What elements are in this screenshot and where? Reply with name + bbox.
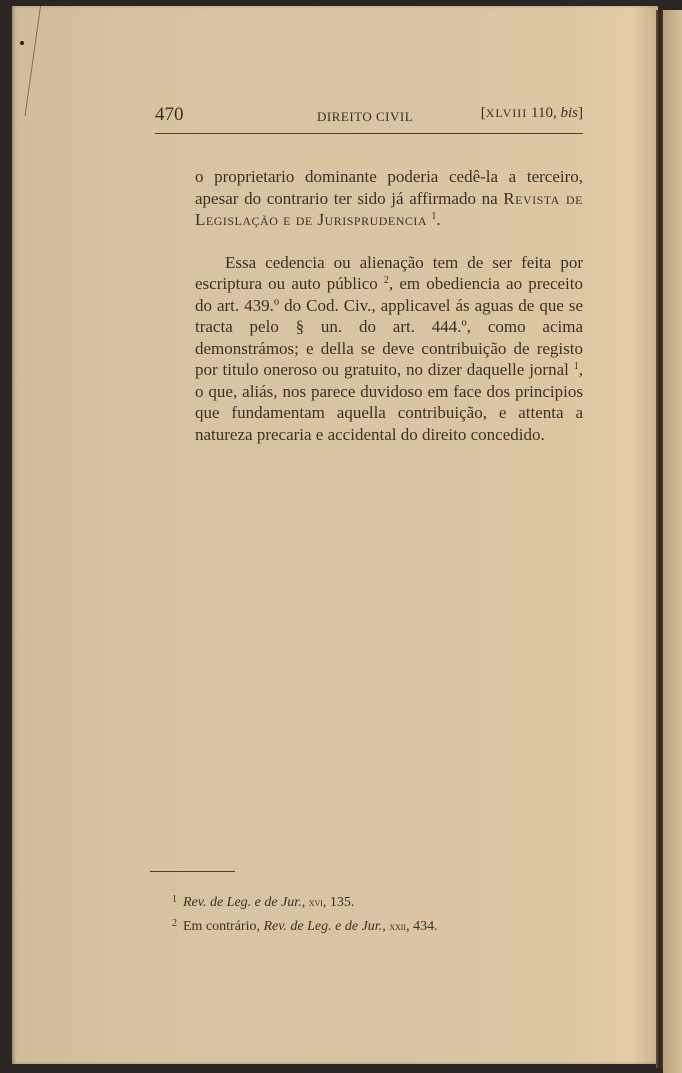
paragraph-2: Essa cedencia ou alienação tem de ser fe… — [195, 252, 583, 446]
footnote-volume: xxii — [389, 919, 406, 933]
page-number: 470 — [155, 104, 184, 126]
footnote-mark: 2 — [172, 918, 177, 929]
footnote-page: , 135. — [323, 895, 355, 910]
section-number: 110, — [527, 105, 560, 121]
footnote-citation: Rev. de Leg. e de Jur. — [263, 919, 382, 934]
footnote-rule — [150, 871, 235, 872]
section-reference: [XLVIII 110, bis] — [481, 105, 583, 122]
chapter-numeral: XLVIII — [486, 106, 528, 120]
page-header: 470 DIREITO CIVIL [XLVIII 110, bis] — [155, 104, 583, 126]
bracket-close: ] — [578, 105, 583, 121]
running-title: DIREITO CIVIL — [317, 109, 413, 125]
footnote-volume: xvi — [309, 895, 323, 909]
footnote-page: , 434. — [406, 919, 438, 934]
book-gutter — [656, 10, 663, 1068]
footnote-citation: Rev. de Leg. e de Jur. — [183, 895, 302, 910]
footnote-2: 2Em contrário, Rev. de Leg. e de Jur., x… — [172, 913, 572, 937]
section-suffix: bis — [560, 105, 578, 121]
header-rule — [155, 133, 583, 134]
footnote-mark: 1 — [172, 894, 177, 905]
paragraph-1: o proprietario dominante poderia cedê-la… — [195, 166, 583, 231]
adjacent-page-edge — [663, 10, 682, 1073]
body-text: o proprietario dominante poderia cedê-la… — [195, 166, 583, 445]
footnote-sep: , — [302, 895, 309, 910]
footnotes: 1Rev. de Leg. e de Jur., xvi, 135. 2Em c… — [172, 889, 572, 937]
footnote-1: 1Rev. de Leg. e de Jur., xvi, 135. — [172, 889, 572, 913]
ink-spot — [20, 41, 24, 45]
paragraph-end: . — [436, 210, 440, 229]
footnote-prefix: Em contrário, — [183, 919, 263, 934]
